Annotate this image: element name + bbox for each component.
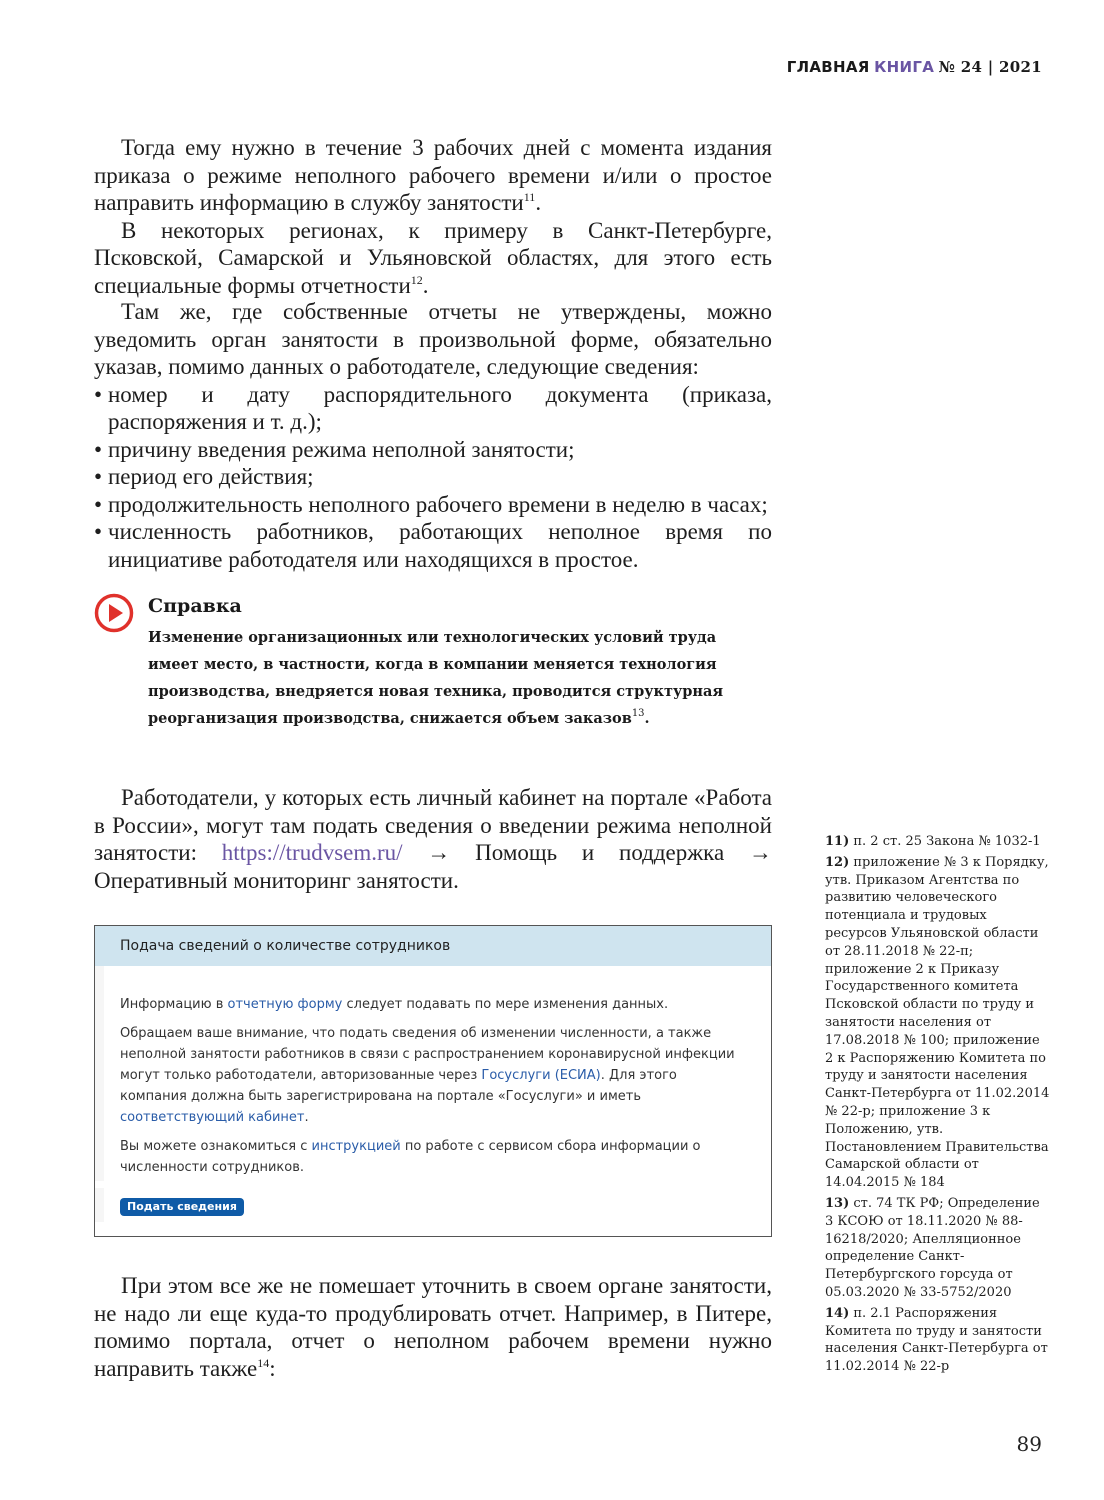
portal-screenshot: Подача сведений о количестве сотрудников…: [94, 925, 772, 1237]
footnote-number: 11): [825, 834, 849, 849]
paragraph-text: Тогда ему нужно в течение 3 рабочих дней…: [94, 135, 772, 215]
list-item: причину введения режима неполной занятос…: [94, 436, 772, 464]
text: Вы можете ознакомиться с: [120, 1139, 312, 1154]
article-outro: При этом все же не помешает уточнить в с…: [94, 1272, 772, 1382]
play-circle-icon: [94, 593, 134, 633]
list-item: продолжительность неполного рабочего вре…: [94, 491, 772, 519]
article-portal: Работодатели, у которых есть личный каби…: [94, 784, 772, 894]
side-strip: [95, 966, 104, 1181]
text: Информацию в: [120, 997, 228, 1012]
footnote-number: 12): [825, 855, 849, 870]
paragraph: В некоторых регионах, к примеру в Санкт-…: [94, 217, 772, 300]
paragraph-text: При этом все же не помешает уточнить в с…: [94, 1273, 772, 1381]
gosuslugi-link[interactable]: Госуслуги (ЕСИА): [481, 1068, 600, 1083]
list-item: номер и дату распорядительного документа…: [94, 381, 772, 436]
screenshot-paragraph: Обращаем ваше внимание, что подать сведе…: [120, 1023, 740, 1128]
footnote-ref[interactable]: 13: [632, 708, 645, 719]
footnote-number: 14): [825, 1306, 849, 1321]
footnote-text: п. 2.1 Распоряжения Комитета по труду и …: [825, 1306, 1048, 1374]
magazine-brand-main: ГЛАВНАЯ: [787, 58, 870, 76]
note-title: Справка: [148, 595, 242, 617]
paragraph: Работодатели, у которых есть личный каби…: [94, 784, 772, 894]
paragraph: Там же, где собственные отчеты не утверж…: [94, 298, 772, 381]
text: следует подавать по мере изменения данны…: [342, 997, 668, 1012]
footnote: 12) приложение № 3 к Порядку, утв. Прика…: [825, 854, 1050, 1192]
footnote: 14) п. 2.1 Распоряжения Комитета по труд…: [825, 1305, 1050, 1376]
paragraph-text: В некоторых регионах, к примеру в Санкт-…: [94, 218, 772, 298]
article-requirements: Там же, где собственные отчеты не утверж…: [94, 298, 772, 573]
running-head: ГЛАВНАЯ КНИГА № 24 | 2021: [787, 58, 1042, 76]
screenshot-body: Информацию в отчетную форму следует пода…: [95, 966, 740, 1178]
note-body: Изменение организационных или технологич…: [148, 624, 758, 732]
text: .: [305, 1110, 309, 1125]
footnote-number: 13): [825, 1196, 849, 1211]
side-strip: [95, 1188, 104, 1222]
footnote-text: ст. 74 ТК РФ; Определение 3 КСОЮ от 18.1…: [825, 1196, 1040, 1300]
footnote-ref[interactable]: 12: [411, 273, 423, 287]
cabinet-link[interactable]: соответствующий кабинет: [120, 1110, 305, 1125]
magazine-brand-accent: КНИГА: [874, 58, 934, 76]
submit-info-button[interactable]: Подать сведения: [120, 1198, 244, 1216]
footnote-text: п. 2 ст. 25 Закона № 1032-1: [849, 834, 1040, 849]
note-text-end: .: [645, 710, 650, 727]
list-item: численность работников, работающих непол…: [94, 518, 772, 573]
screenshot-header: Подача сведений о количестве сотрудников: [95, 926, 771, 966]
footnote: 13) ст. 74 ТК РФ; Определение 3 КСОЮ от …: [825, 1195, 1050, 1302]
article-intro: Тогда ему нужно в течение 3 рабочих дней…: [94, 134, 772, 299]
paragraph-text: :: [269, 1356, 275, 1381]
screenshot-paragraph: Вы можете ознакомиться с инструкцией по …: [120, 1136, 740, 1178]
instruction-link[interactable]: инструкцией: [312, 1139, 401, 1154]
requirements-list: номер и дату распорядительного документа…: [94, 381, 772, 574]
screenshot-paragraph: Информацию в отчетную форму следует пода…: [120, 994, 740, 1015]
paragraph: Тогда ему нужно в течение 3 рабочих дней…: [94, 134, 772, 217]
list-item: период его действия;: [94, 463, 772, 491]
footnote-ref[interactable]: 14: [257, 1356, 269, 1370]
footnote-text: приложение № 3 к Порядку, утв. Приказом …: [825, 855, 1049, 1190]
report-form-link[interactable]: отчетную форму: [228, 997, 343, 1012]
issue-number: № 24 | 2021: [939, 58, 1042, 76]
trudvsem-link[interactable]: https://trudvsem.ru/: [222, 840, 403, 865]
footnote-ref[interactable]: 11: [524, 190, 536, 204]
footnotes: 11) п. 2 ст. 25 Закона № 1032-1 12) прил…: [825, 833, 1050, 1379]
page-number: 89: [1017, 1432, 1042, 1456]
paragraph: При этом все же не помешает уточнить в с…: [94, 1272, 772, 1382]
footnote: 11) п. 2 ст. 25 Закона № 1032-1: [825, 833, 1050, 851]
